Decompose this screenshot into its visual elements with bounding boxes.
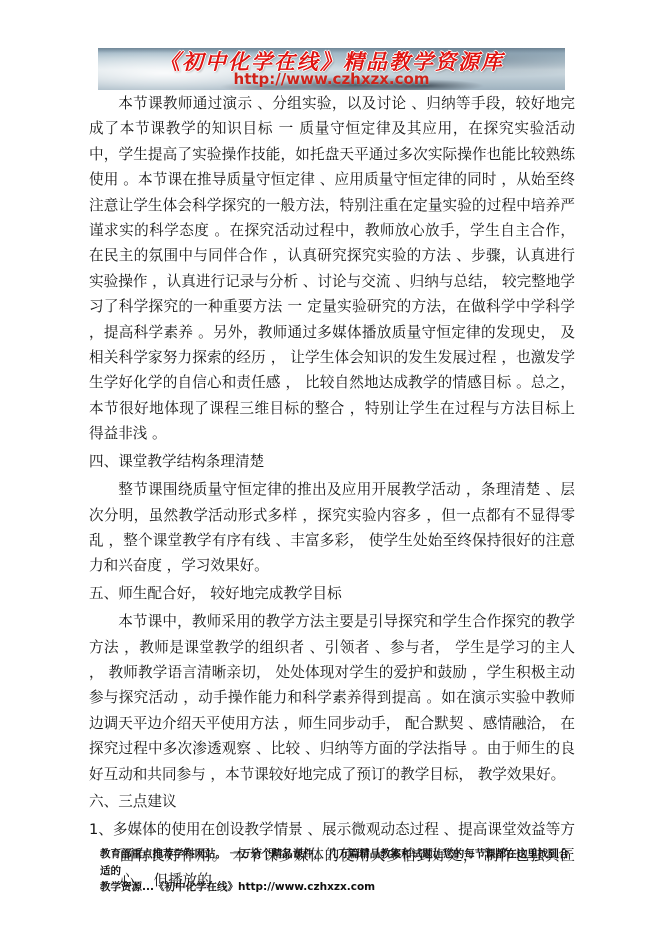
section-heading-6: 六、三点建议 bbox=[89, 789, 575, 814]
paragraph-teacher-student: 本节课中，教师采用的教学方法主要是引导探究和学生合作探究的教学方法 ，教师是课堂… bbox=[89, 609, 575, 787]
footer-promo-text: 教育部重点推荐学科网站。 一万余个精品课件， 几万篇精品教案和试题让您的每节课都… bbox=[100, 846, 576, 879]
footer-site-link: 教学资源...《初中化学在线》http://www.czhxzx.com bbox=[100, 879, 576, 896]
section-heading-5: 五、师生配合好， 较好地完成教学目标 bbox=[89, 581, 575, 606]
paragraph-lesson-structure: 整节课围绕质量守恒定律的推出及应用开展教学活动 ，条理清楚 、层次分明，虽然教学… bbox=[89, 477, 575, 579]
document-body: 本节课教师通过演示 、分组实验，以及讨论 、归纳等手段，较好地完成了本节课教学的… bbox=[89, 91, 575, 894]
paragraph-teaching-goals: 本节课教师通过演示 、分组实验，以及讨论 、归纳等手段，较好地完成了本节课教学的… bbox=[89, 91, 575, 447]
section-heading-4: 四、课堂教学结构条理清楚 bbox=[89, 449, 575, 474]
page-footer: 教育部重点推荐学科网站。 一万余个精品课件， 几万篇精品教案和试题让您的每节课都… bbox=[100, 846, 576, 896]
site-banner-image: 《初中化学在线》精品教学资源库 http://www.czhxzx.com bbox=[98, 48, 565, 90]
